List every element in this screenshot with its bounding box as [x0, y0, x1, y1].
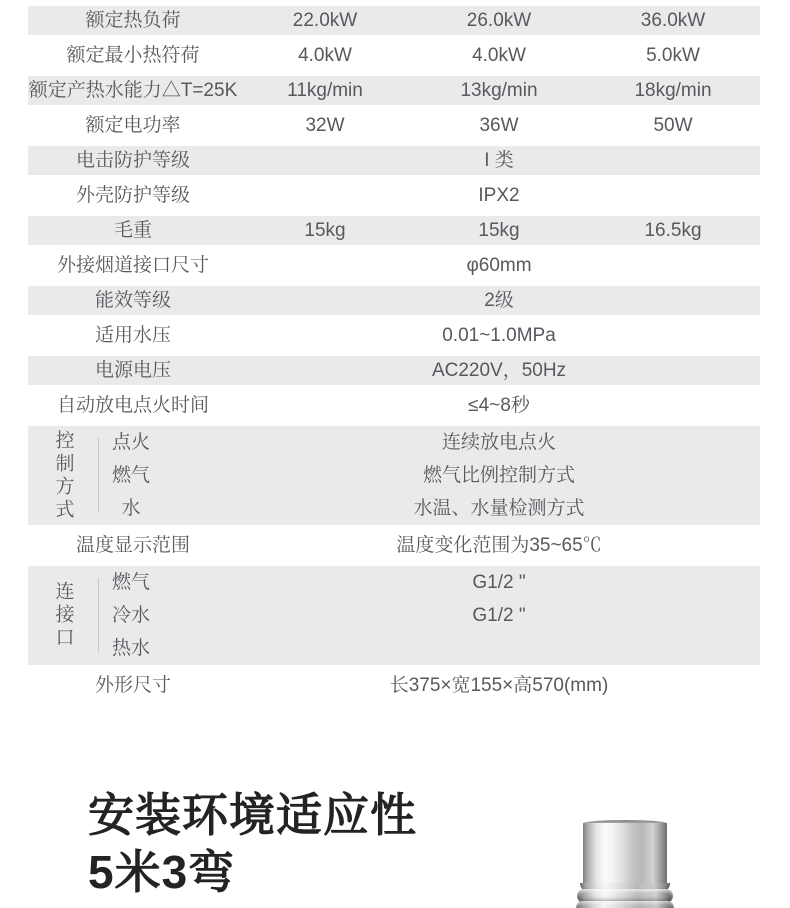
subrow-value: 燃气比例控制方式: [163, 466, 760, 485]
row-label: 外接烟道接口尺寸: [28, 256, 238, 275]
pipe-joint-ring-2: [576, 901, 674, 908]
row-label: 额定最小热符荷: [28, 46, 238, 65]
row-label: 额定热负荷: [28, 11, 238, 30]
section-title-line2: 5米3弯: [88, 846, 235, 898]
row-value: 15kg: [412, 221, 586, 240]
table-subrow: 水水温、水量检测方式: [99, 492, 760, 525]
row-label: 适用水压: [28, 326, 238, 345]
subrow-label: 点火: [99, 433, 163, 452]
table-row: 外形尺寸长375×宽155×高570(mm): [28, 668, 760, 703]
table-row: 外壳防护等级IPX2: [28, 178, 760, 213]
table-subrow: 燃气燃气比例控制方式: [99, 459, 760, 492]
subrow-label: 燃气: [99, 573, 163, 592]
table-subrow: 燃气G1/2 ": [99, 566, 760, 599]
table-row: 额定热负荷22.0kW26.0kW36.0kW: [28, 3, 760, 38]
row-value: 温度变化范围为35~65℃: [238, 536, 760, 555]
spec-table: 额定热负荷22.0kW26.0kW36.0kW额定最小热符荷4.0kW4.0kW…: [28, 3, 760, 703]
row-label: 额定电功率: [28, 116, 238, 135]
group-subrows: 点火连续放电点火燃气燃气比例控制方式水水温、水量检测方式: [99, 426, 760, 525]
table-row: 毛重15kg15kg16.5kg: [28, 213, 760, 248]
table-row: 电击防护等级I 类: [28, 143, 760, 178]
row-label: 自动放电点火时间: [28, 396, 238, 415]
section-title-line1: 安装环境适应性: [88, 789, 417, 841]
row-value: 32W: [238, 116, 412, 135]
row-label: 外形尺寸: [28, 676, 238, 695]
pipe-body: [583, 823, 667, 886]
row-label: 能效等级: [28, 291, 238, 310]
row-value: 5.0kW: [586, 46, 760, 65]
section-title: 安装环境适应性5米3弯: [88, 787, 417, 901]
row-label: 毛重: [28, 221, 238, 240]
table-row: 能效等级2级: [28, 283, 760, 318]
row-value: 36.0kW: [586, 11, 760, 30]
row-value: 长375×宽155×高570(mm): [238, 676, 760, 695]
table-row: 电源电压AC220V，50Hz: [28, 353, 760, 388]
row-value: 22.0kW: [238, 11, 412, 30]
subrow-label: 热水: [99, 639, 163, 658]
table-row: 外接烟道接口尺寸φ60mm: [28, 248, 760, 283]
row-value: 4.0kW: [412, 46, 586, 65]
subrow-value: 水温、水量检测方式: [163, 499, 760, 518]
row-value: 2级: [238, 291, 760, 310]
group-label-text: 控制方式: [54, 430, 73, 522]
row-value: 4.0kW: [238, 46, 412, 65]
row-value: AC220V，50Hz: [238, 361, 760, 380]
row-label: 温度显示范围: [28, 536, 238, 555]
table-row: 适用水压0.01~1.0MPa: [28, 318, 760, 353]
group-subrows: 燃气G1/2 "冷水G1/2 "热水: [99, 566, 760, 665]
subrow-value: G1/2 ": [163, 573, 760, 592]
table-row: 连接口燃气G1/2 "冷水G1/2 "热水: [28, 563, 760, 668]
row-value: φ60mm: [238, 256, 760, 275]
install-section: 安装环境适应性5米3弯: [88, 787, 417, 901]
table-row: 自动放电点火时间≤4~8秒: [28, 388, 760, 423]
subrow-label: 水: [99, 499, 163, 518]
row-label: 外壳防护等级: [28, 186, 238, 205]
table-subrow: 点火连续放电点火: [99, 426, 760, 459]
row-value: 0.01~1.0MPa: [238, 326, 760, 345]
flue-pipe-illustration: [576, 820, 674, 908]
row-value: 50W: [586, 116, 760, 135]
group-label: 连接口: [28, 566, 98, 665]
subrow-value: 连续放电点火: [163, 433, 760, 452]
table-row: 温度显示范围温度变化范围为35~65℃: [28, 528, 760, 563]
table-subrow: 热水: [99, 632, 760, 665]
table-row: 额定最小热符荷4.0kW4.0kW5.0kW: [28, 38, 760, 73]
row-label: 电击防护等级: [28, 151, 238, 170]
subrow-value: G1/2 ": [163, 606, 760, 625]
row-value: IPX2: [238, 186, 760, 205]
row-value: 15kg: [238, 221, 412, 240]
row-label: 额定产热水能力△T=25K: [28, 81, 238, 100]
group-label-text: 连接口: [54, 581, 73, 650]
table-row: 控制方式点火连续放电点火燃气燃气比例控制方式水水温、水量检测方式: [28, 423, 760, 528]
row-value: 11kg/min: [238, 81, 412, 100]
subrow-label: 燃气: [99, 466, 163, 485]
table-subrow: 冷水G1/2 ": [99, 599, 760, 632]
row-value: ≤4~8秒: [238, 396, 760, 415]
row-value: 13kg/min: [412, 81, 586, 100]
group-label: 控制方式: [28, 426, 98, 525]
table-row: 额定电功率32W36W50W: [28, 108, 760, 143]
row-value: 18kg/min: [586, 81, 760, 100]
row-value: I 类: [238, 151, 760, 170]
row-value: 16.5kg: [586, 221, 760, 240]
row-value: 36W: [412, 116, 586, 135]
row-label: 电源电压: [28, 361, 238, 380]
subrow-label: 冷水: [99, 606, 163, 625]
table-row: 额定产热水能力△T=25K11kg/min13kg/min18kg/min: [28, 73, 760, 108]
row-value: 26.0kW: [412, 11, 586, 30]
